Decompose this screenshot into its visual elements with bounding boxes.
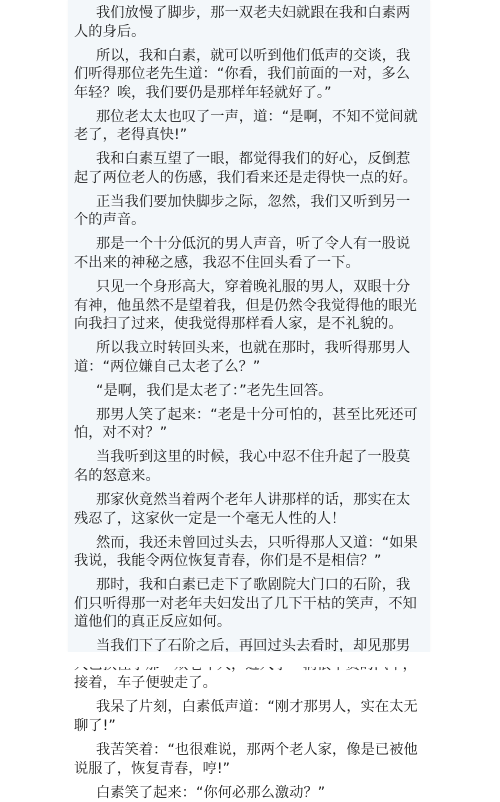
paragraph-12: 那家伙竟然当着两个老年人讲那样的话，那实在太残忍了，这家伙一定是一个毫无人性的人… [74, 491, 424, 528]
bottom-margin [0, 652, 500, 667]
paragraph-10: 那男人笑了起来：“老是十分可怕的，甚至比死还可怕，对不对？” [74, 406, 424, 443]
paragraph-13: 然而，我还未曾回过头去，只听得那人又道：“如果我说，我能令两位恢复青春，你们是不… [74, 534, 424, 571]
paragraph-3: 那位老太太也叹了一声，道：“是啊，不知不觉间就老了，老得真快!” [74, 108, 424, 145]
paragraph-14: 那时，我和白素已走下了歌剧院大门口的石阶，我们只听得那一对老年夫妇发出了几下干枯… [74, 576, 424, 632]
paragraph-1: 我们放慢了脚步，那一双老夫妇就跟在我和白素两人的身后。 [74, 4, 424, 41]
paragraph-6: 那是一个十分低沉的男人声音，听了令人有一股说不出来的神秘之感，我忍不住回头看了一… [74, 235, 424, 272]
paragraph-2: 所以，我和白素，就可以听到他们低声的交谈，我们听得那位老先生道：“你看，我们前面… [74, 47, 424, 103]
paragraph-5: 正当我们要加快脚步之际，忽然，我们又听到另一个的声音。 [74, 193, 424, 230]
paragraph-9: “是啊，我们是太老了：”老先生回答。 [74, 382, 424, 401]
paragraph-7: 只见一个身形高大，穿着晚礼服的男人，双眼十分有神，他虽然不是望着我，但是仍然令我… [74, 278, 424, 334]
paragraph-8: 所以我立时转回头来，也就在那时，我听得那男人道：“两位嫌自己太老了么？” [74, 339, 424, 376]
text-page: 我们放慢了脚步，那一双老夫妇就跟在我和白素两人的身后。 所以，我和白素，就可以听… [68, 0, 430, 652]
paragraph-11: 当我听到这里的时候，我心中忍不住升起了一股莫名的怒意来。 [74, 448, 424, 485]
paragraph-4: 我和白素互望了一眼，都觉得我们的好心，反倒惹起了两位老人的伤感，我们看来还是走得… [74, 150, 424, 187]
